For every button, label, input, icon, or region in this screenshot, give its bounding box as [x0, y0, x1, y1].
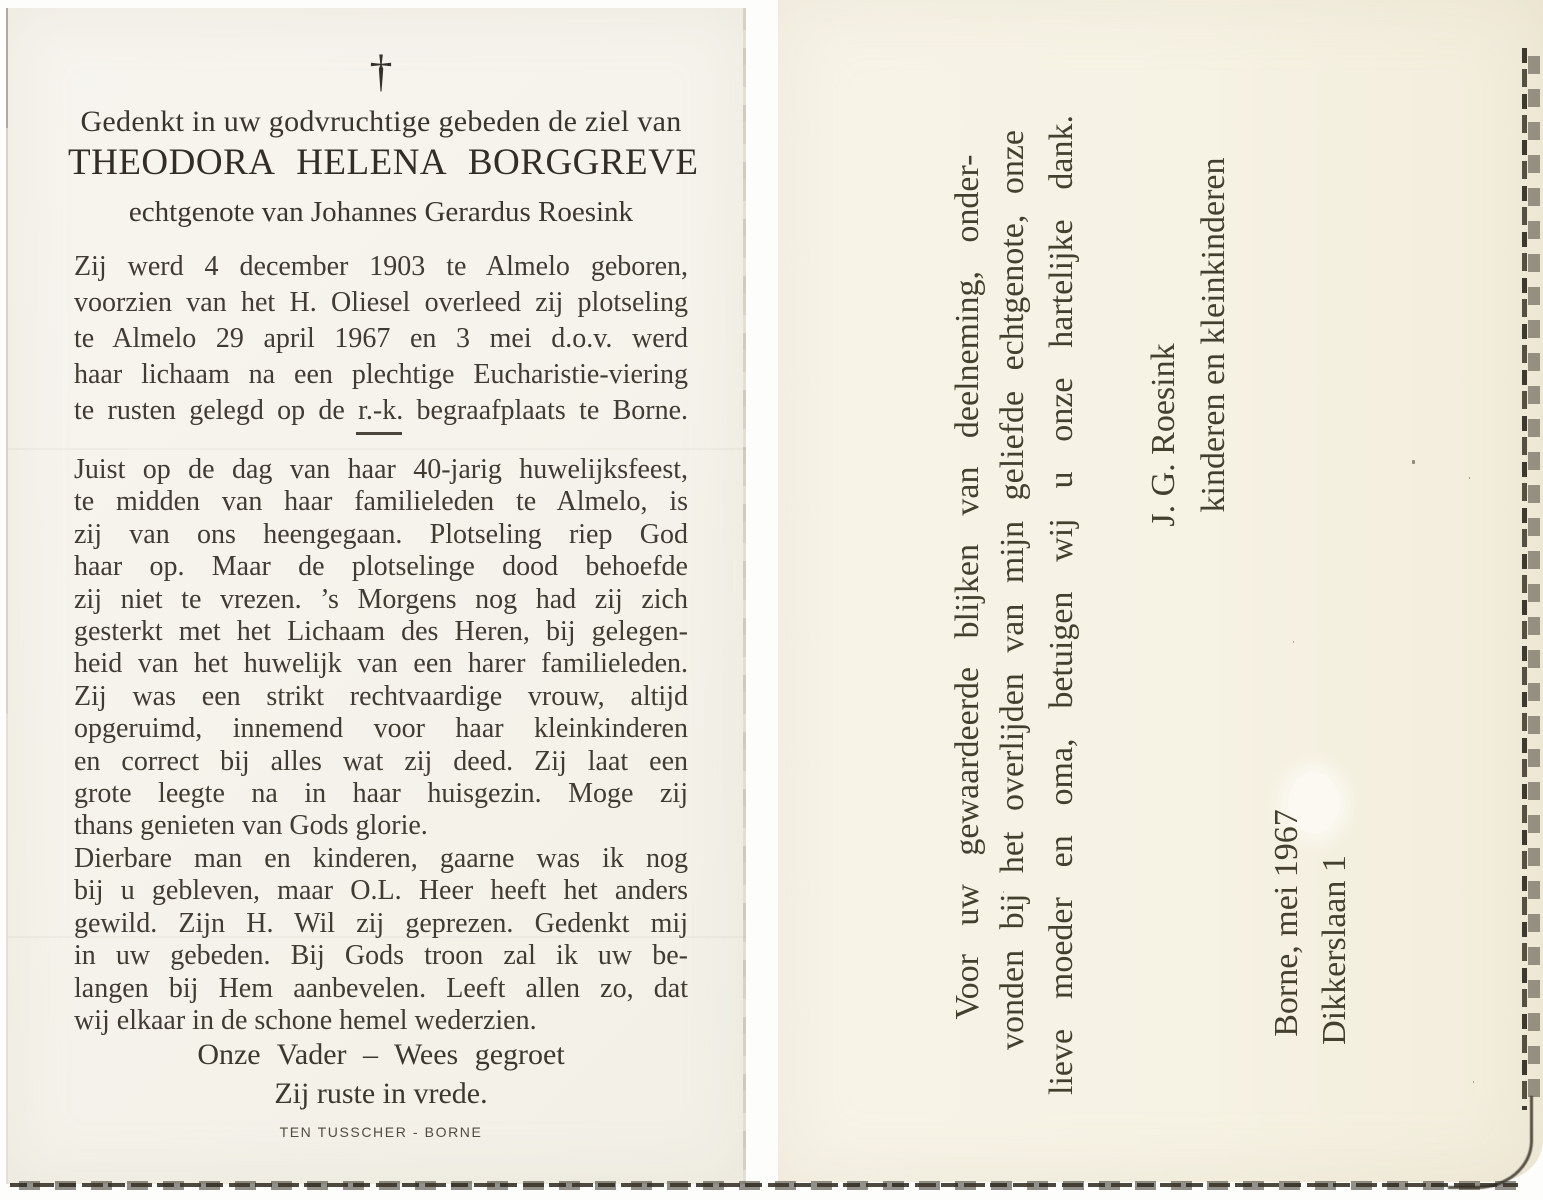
signature-name: J. G. Roesink: [1145, 343, 1183, 526]
signature-family: kinderen en kleinkinderen: [1195, 158, 1233, 513]
paper-specks: [1412, 460, 1415, 464]
eulogy-line: zij niet te vrezen. ’s Morgens nog had z…: [74, 584, 688, 616]
eulogy-paragraph: Juist op de dag van haar 40-jarig huweli…: [74, 454, 688, 1037]
place-date: Borne, mei 1967: [1268, 809, 1306, 1037]
obituary-line: te Almelo 29 april 1967 en 3 mei d.o.v. …: [74, 321, 688, 357]
eulogy-line: opgeruimd, innemend voor haar kleinkinde…: [74, 713, 688, 745]
eulogy-line: in uw gebeden. Bij Gods troon zal ik uw …: [74, 940, 688, 972]
scanned-memorial-card: † Gedenkt in uw godvruchtige gebeden de …: [0, 0, 1543, 1200]
obituary-line: haar lichaam na een plechtige Eucharisti…: [74, 357, 688, 393]
obituary-line: voorzien van het H. Oliesel overleed zij…: [74, 285, 688, 321]
eulogy-line: haar op. Maar de plotselinge dood behoef…: [74, 551, 688, 583]
deceased-name: THEODORA HELENA BORGGREVE: [68, 141, 694, 184]
address-line: Dikkerslaan 1: [1316, 855, 1354, 1045]
printer-credit: TEN TUSSCHER - BORNE: [74, 1124, 688, 1140]
eulogy-line: bij u gebleven, maar O.L. Heer heeft het…: [74, 875, 688, 907]
obituary-line: Zij werd 4 december 1903 te Almelo gebor…: [74, 249, 688, 285]
divider-rule: [356, 432, 402, 435]
eulogy-line: heid van het huwelijk van een harer fami…: [74, 648, 688, 680]
eulogy-line: Zij was een strikt rechtvaardige vrouw, …: [74, 681, 688, 713]
memorial-card-right-page: [778, 0, 1543, 1182]
eulogy-line: grote leegte na in haar huisgezin. Moge …: [74, 778, 688, 810]
obituary-paragraph: Zij werd 4 december 1903 te Almelo gebor…: [74, 249, 688, 429]
eulogy-line: Juist op de dag van haar 40-jarig huweli…: [74, 454, 688, 486]
cross-icon: †: [74, 44, 688, 97]
eulogy-line: gewild. Zijn H. Wil zij geprezen. Gedenk…: [74, 908, 688, 940]
acknowledgement-line: Voor uw gewaardeerde blijken van deelnem…: [946, 155, 990, 1020]
left-page-left-edge: [6, 8, 8, 1184]
eulogy-line: Dierbare man en kinderen, gaarne was ik …: [74, 843, 688, 875]
obituary-line: te rusten gelegd op de r.-k. begraafplaa…: [74, 393, 688, 429]
prayer-line-2: Zij ruste in vrede.: [74, 1077, 688, 1111]
eulogy-line: thans genieten van Gods glorie.: [74, 810, 688, 842]
intro-line: Gedenkt in uw godvruchtige gebeden de zi…: [74, 105, 688, 139]
eulogy-line: en correct bij alles wat zij deed. Zij l…: [74, 746, 688, 778]
eulogy-line: zij van ons heengegaan. Plotseling riep …: [74, 519, 688, 551]
acknowledgement-line: lieve moeder en oma, betuigen wij u onze…: [1040, 115, 1084, 1095]
spouse-line: echtgenote van Johannes Gerardus Roesink: [74, 196, 688, 229]
memorial-card-left-page: † Gedenkt in uw godvruchtige gebeden de …: [8, 8, 746, 1184]
acknowledgement-line: vonden bij het overlijden van mijn gelie…: [991, 130, 1035, 1050]
prayer-line-1: Onze Vader – Wees gegroet: [74, 1038, 688, 1072]
left-page-content: † Gedenkt in uw godvruchtige gebeden de …: [74, 8, 688, 1184]
eulogy-line: wij elkaar in de schone hemel wederzien.: [74, 1005, 688, 1037]
scan-right-edge: [1519, 48, 1541, 1110]
scan-bottom-edge: [10, 1181, 1518, 1190]
eulogy-line: te midden van haar familieleden te Almel…: [74, 486, 688, 518]
eulogy-line: langen bij Hem aanbevelen. Leeft allen z…: [74, 973, 688, 1005]
left-page-fold-edge: [743, 8, 746, 1184]
eulogy-line: gesterkt met het Lichaam des Heren, bij …: [74, 616, 688, 648]
